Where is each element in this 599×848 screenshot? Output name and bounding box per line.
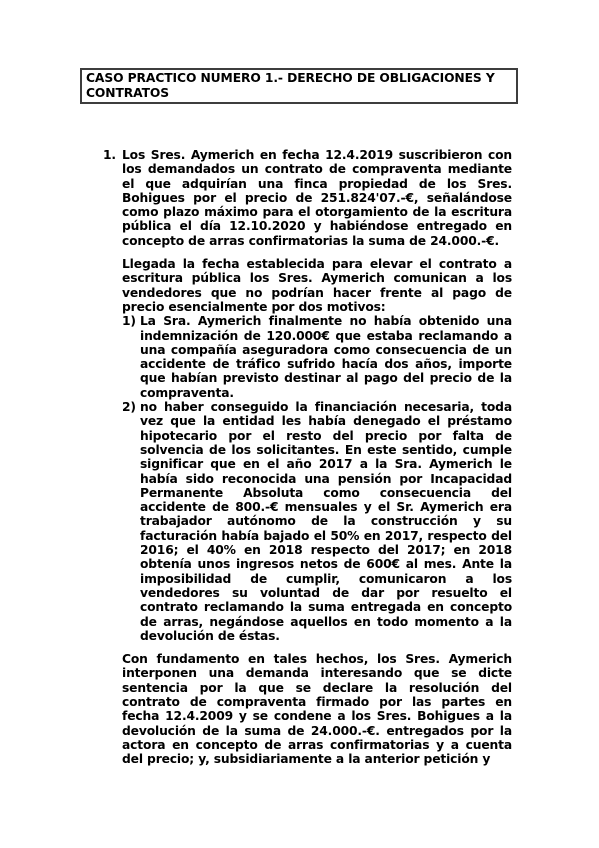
paragraph-motivos: Llegada la fecha establecida para elevar… (122, 257, 512, 314)
sub-item-1-marker: 1) (122, 314, 140, 400)
sub-item-2-marker: 2) (122, 400, 140, 643)
document-body: 1. Los Sres. Aymerich en fecha 12.4.2019… (103, 148, 512, 766)
title-line-2: CONTRATOS (86, 86, 512, 101)
title-box: CASO PRACTICO NUMERO 1.- DERECHO DE OBLI… (80, 68, 518, 104)
document-page: CASO PRACTICO NUMERO 1.- DERECHO DE OBLI… (0, 0, 599, 848)
sub-item-1: 1) La Sra. Aymerich finalmente no había … (103, 314, 512, 400)
numbered-item-1: 1. Los Sres. Aymerich en fecha 12.4.2019… (103, 148, 512, 248)
title-line-1: CASO PRACTICO NUMERO 1.- DERECHO DE OBLI… (86, 71, 512, 86)
paragraph-fundamento: Con fundamento en tales hechos, los Sres… (122, 652, 512, 766)
sub-item-2-text: no haber conseguido la financiación nece… (140, 400, 512, 643)
sub-item-1-text: La Sra. Aymerich finalmente no había obt… (140, 314, 512, 400)
sub-item-2: 2) no haber conseguido la financiación n… (103, 400, 512, 643)
numbered-item-1-marker: 1. (103, 148, 122, 248)
numbered-item-1-text: Los Sres. Aymerich en fecha 12.4.2019 su… (122, 148, 512, 248)
